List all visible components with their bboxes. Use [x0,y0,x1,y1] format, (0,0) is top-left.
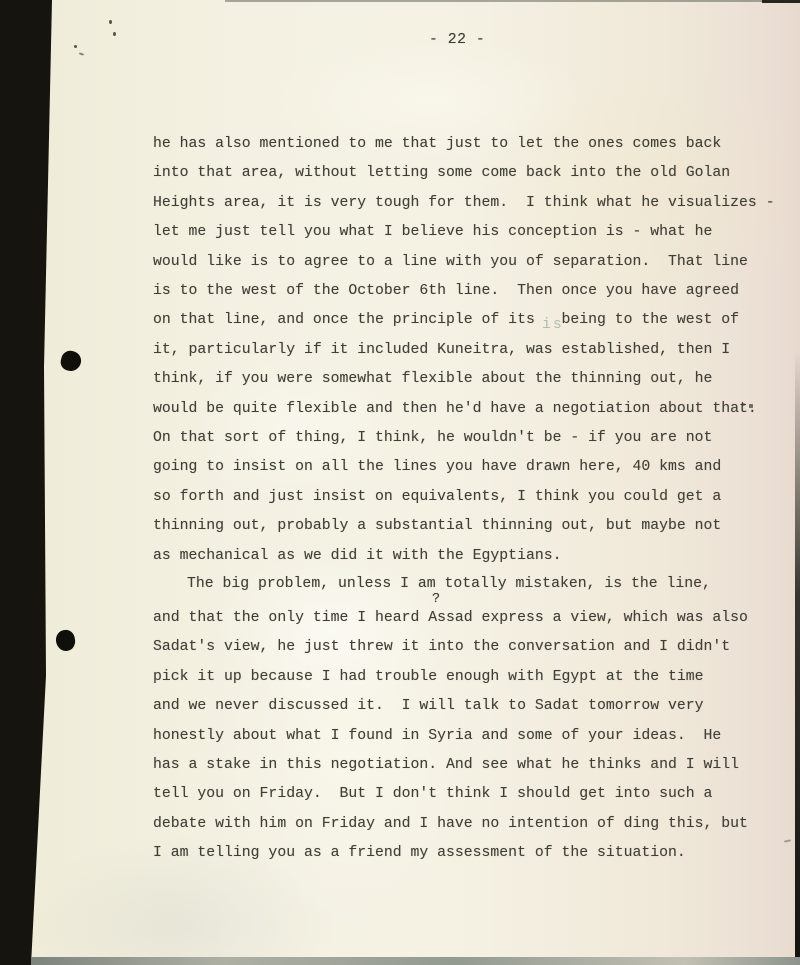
text-line: pick it up because I had trouble enough … [153,663,748,692]
text-line: into that area, without letting some com… [153,159,775,188]
paper-speck [784,839,791,842]
text-line: think, if you were somewhat flexible abo… [153,365,775,394]
text-line: has a stake in this negotiation. And see… [153,751,748,780]
text-line: would like is to agree to a line with yo… [153,248,775,277]
paper-speck [79,52,84,56]
ink-dot-marker [59,349,83,373]
paper-speck [109,20,112,24]
ink-dot-marker [55,629,77,652]
paper-speck [74,45,77,48]
scanned-document-page: - 22 - he has also mentioned to me that … [0,0,800,965]
text-line: thinning out, probably a substantial thi… [153,512,775,541]
text-line: as mechanical as we did it with the Egyp… [153,542,775,571]
text-line: On that sort of thing, I think, he would… [153,424,775,453]
scan-bottom-edge [31,957,800,965]
text-line: Sadat's view, he just threw it into the … [153,633,748,662]
scan-left-edge [0,0,56,965]
scan-top-right-edge [762,0,800,3]
paragraph-1: he has also mentioned to me that just to… [153,130,775,571]
text-line: honestly about what I found in Syria and… [153,722,748,751]
scan-right-edge [795,350,800,965]
text-line: tell you on Friday. But I don't think I … [153,780,748,809]
text-line: would be quite flexible and then he'd ha… [153,395,775,424]
text-line: and we never discussed it. I will talk t… [153,692,748,721]
text-line: debate with him on Friday and I have no … [153,810,748,839]
text-line: and that the only time I heard Assad exp… [153,604,748,633]
text-line: let me just tell you what I believe his … [153,218,775,247]
text-line: it, particularly if it included Kuneitra… [153,336,775,365]
text-line: on that line, and once the principle of … [153,306,775,335]
erased-text-ghost: is [542,311,564,340]
text-line: going to insist on all the lines you hav… [153,453,775,482]
text-line: is to the west of the October 6th line. … [153,277,775,306]
scan-top-edge [225,0,800,2]
text-line: I am telling you as a friend my assessme… [153,839,748,868]
text-line: so forth and just insist on equivalents,… [153,483,775,512]
paragraph-2: The big problem, unless I am totally mis… [153,570,748,869]
text-line: The big problem, unless I am totally mis… [153,570,748,599]
paper-speck [113,32,116,36]
text-line: he has also mentioned to me that just to… [153,130,775,159]
text-line: Heights area, it is very tough for them.… [153,189,775,218]
page-number: - 22 - [429,33,485,48]
